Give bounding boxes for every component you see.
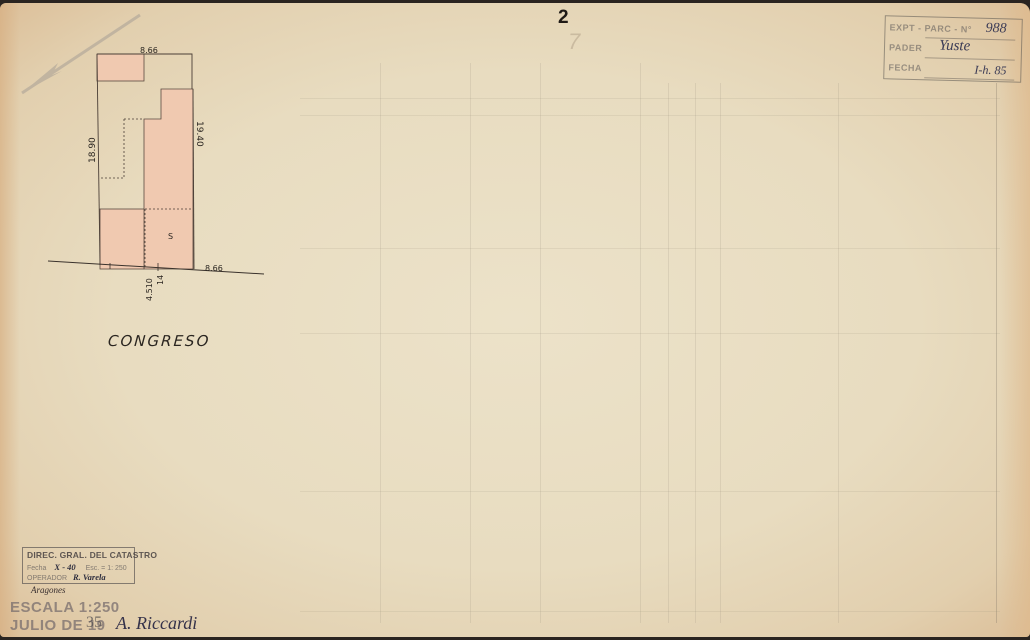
offset-a-label: 4.510 <box>145 278 154 301</box>
plot-sketch: 8.66 8.66 S 18.90 19.40 4.510 14 <box>0 3 300 303</box>
stamp-title: DIREC. GRAL. DEL CATASTRO <box>27 550 157 560</box>
left-depth-label: 18.90 <box>88 137 98 163</box>
grid-line <box>640 63 641 623</box>
stamp-operador-row: OPERADOR R. Varela <box>27 572 106 582</box>
year-handwritten: 35 <box>86 614 102 632</box>
stamp-fecha-value: X - 40 <box>54 562 75 572</box>
grid-line <box>540 63 541 623</box>
catastro-stamp: DIREC. GRAL. DEL CATASTRO Fecha X - 40 E… <box>22 547 135 584</box>
lot-label: S <box>168 232 173 241</box>
grid-line <box>470 63 471 623</box>
handwritten-note: Aragones <box>31 585 66 595</box>
stamp-row3-label: FECHA <box>888 62 922 73</box>
grid-line <box>300 248 1000 249</box>
stamp-operador-label: OPERADOR <box>27 575 67 582</box>
grid-line <box>838 83 839 623</box>
street-width-label: 8.66 <box>205 264 223 273</box>
stamp-row2-label: PADER <box>889 42 923 53</box>
file-stamp: EXPT - PARC - N° 988 PADER Yuste FECHA I… <box>883 15 1023 83</box>
stamp-row2-value: Yuste <box>939 38 971 56</box>
cadastral-sheet: 2 7 8.66 8.66 S 18.90 19.40 4.510 14 C <box>0 3 1030 637</box>
stamp-fecha-label: Fecha <box>27 565 46 572</box>
right-depth-label: 19.40 <box>194 121 204 147</box>
stamp-row3-value: I-h. 85 <box>974 63 1006 79</box>
grid-line <box>300 115 1000 116</box>
faint-mark: 7 <box>568 29 580 55</box>
page-number: 2 <box>558 7 569 29</box>
scale-label: ESCALA 1:250 <box>10 599 120 616</box>
grid-line <box>996 83 997 623</box>
stamp-fecha-row: Fecha X - 40 Esc. = 1: 250 <box>27 562 127 572</box>
grid-line <box>300 611 1000 612</box>
grid-line <box>300 491 1000 492</box>
front-width-label: 8.66 <box>140 46 158 55</box>
grid-line <box>300 98 1000 99</box>
grid-line <box>380 63 381 623</box>
grid-line <box>695 83 696 623</box>
grid-line <box>720 83 721 623</box>
stamp-esc-label: Esc. = 1: 250 <box>86 565 127 572</box>
offset-b-label: 14 <box>156 275 165 285</box>
stamp-row1-label: EXPT - PARC - N° <box>889 22 972 34</box>
grid-line <box>668 83 669 623</box>
signature: A. Riccardi <box>116 613 197 634</box>
grid-line <box>300 333 1000 334</box>
stamp-operador-value: R. Varela <box>73 572 106 582</box>
paper-edge-right <box>1000 3 1030 637</box>
stamp-row1-value: 988 <box>985 21 1006 38</box>
street-name: CONGRESO <box>107 332 211 350</box>
